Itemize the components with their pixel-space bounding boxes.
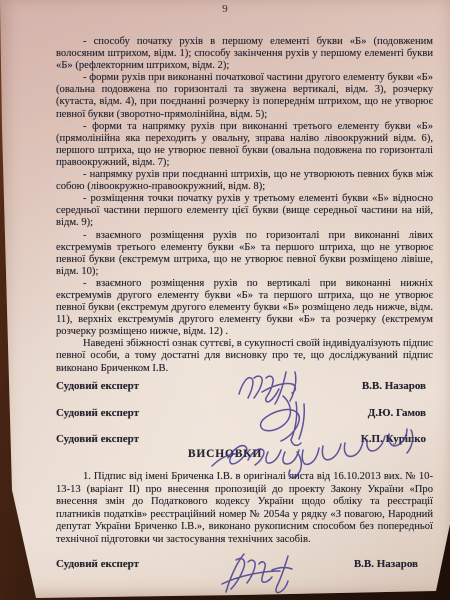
expert-name: В.В. Назаров (354, 558, 418, 570)
page-number: 9 (30, 3, 420, 15)
signature-row: Судовий експерт Д.Ю. Гамов (56, 407, 426, 419)
expert-role-label: Судовий експерт (56, 380, 139, 392)
expert-name: В.В. Назаров (362, 380, 426, 392)
body-paragraph: - взаємного розміщення рухів по вертикал… (56, 278, 433, 338)
signature-row: Судовий експерт К.П. Куріпко (56, 433, 426, 445)
body-paragraph: - форми та напрямку рухів при виконанні … (56, 121, 433, 169)
expert-role-label: Судовий експерт (56, 558, 139, 570)
conclusions-heading: ВИСНОВКИ (30, 448, 420, 460)
body-text-block: - способу початку рухів в першому елемен… (56, 36, 433, 375)
bottom-signature-row: Судовий експерт В.В. Назаров (56, 558, 418, 570)
expert-name: Д.Ю. Гамов (368, 407, 426, 419)
photographed-document: 9 - способу початку рухів в першому елем… (0, 0, 450, 600)
body-paragraph: Наведені збіжності ознак суттєві, в суку… (56, 338, 433, 374)
signature-row: Судовий експерт В.В. Назаров (56, 380, 426, 392)
expert-role-label: Судовий експерт (56, 407, 139, 419)
expert-role-label: Судовий експерт (56, 433, 139, 445)
body-paragraph: - розміщення точки початку рухів у треть… (56, 193, 433, 229)
body-paragraph: - способу початку рухів в першому елемен… (56, 36, 433, 72)
body-paragraph: - взаємного розміщення рухів по горизонт… (56, 230, 433, 278)
body-paragraph: - форми рухів при виконанні початкової ч… (56, 72, 433, 120)
body-paragraph: - напрямку рухів при поєднанні штрихів, … (56, 169, 433, 193)
conclusion-paragraph: 1. Підпис від імені Бриченка І.В. в ориг… (56, 471, 433, 547)
expert-name: К.П. Куріпко (361, 433, 426, 445)
conclusion-text-block: 1. Підпис від імені Бриченка І.В. в ориг… (56, 471, 433, 547)
